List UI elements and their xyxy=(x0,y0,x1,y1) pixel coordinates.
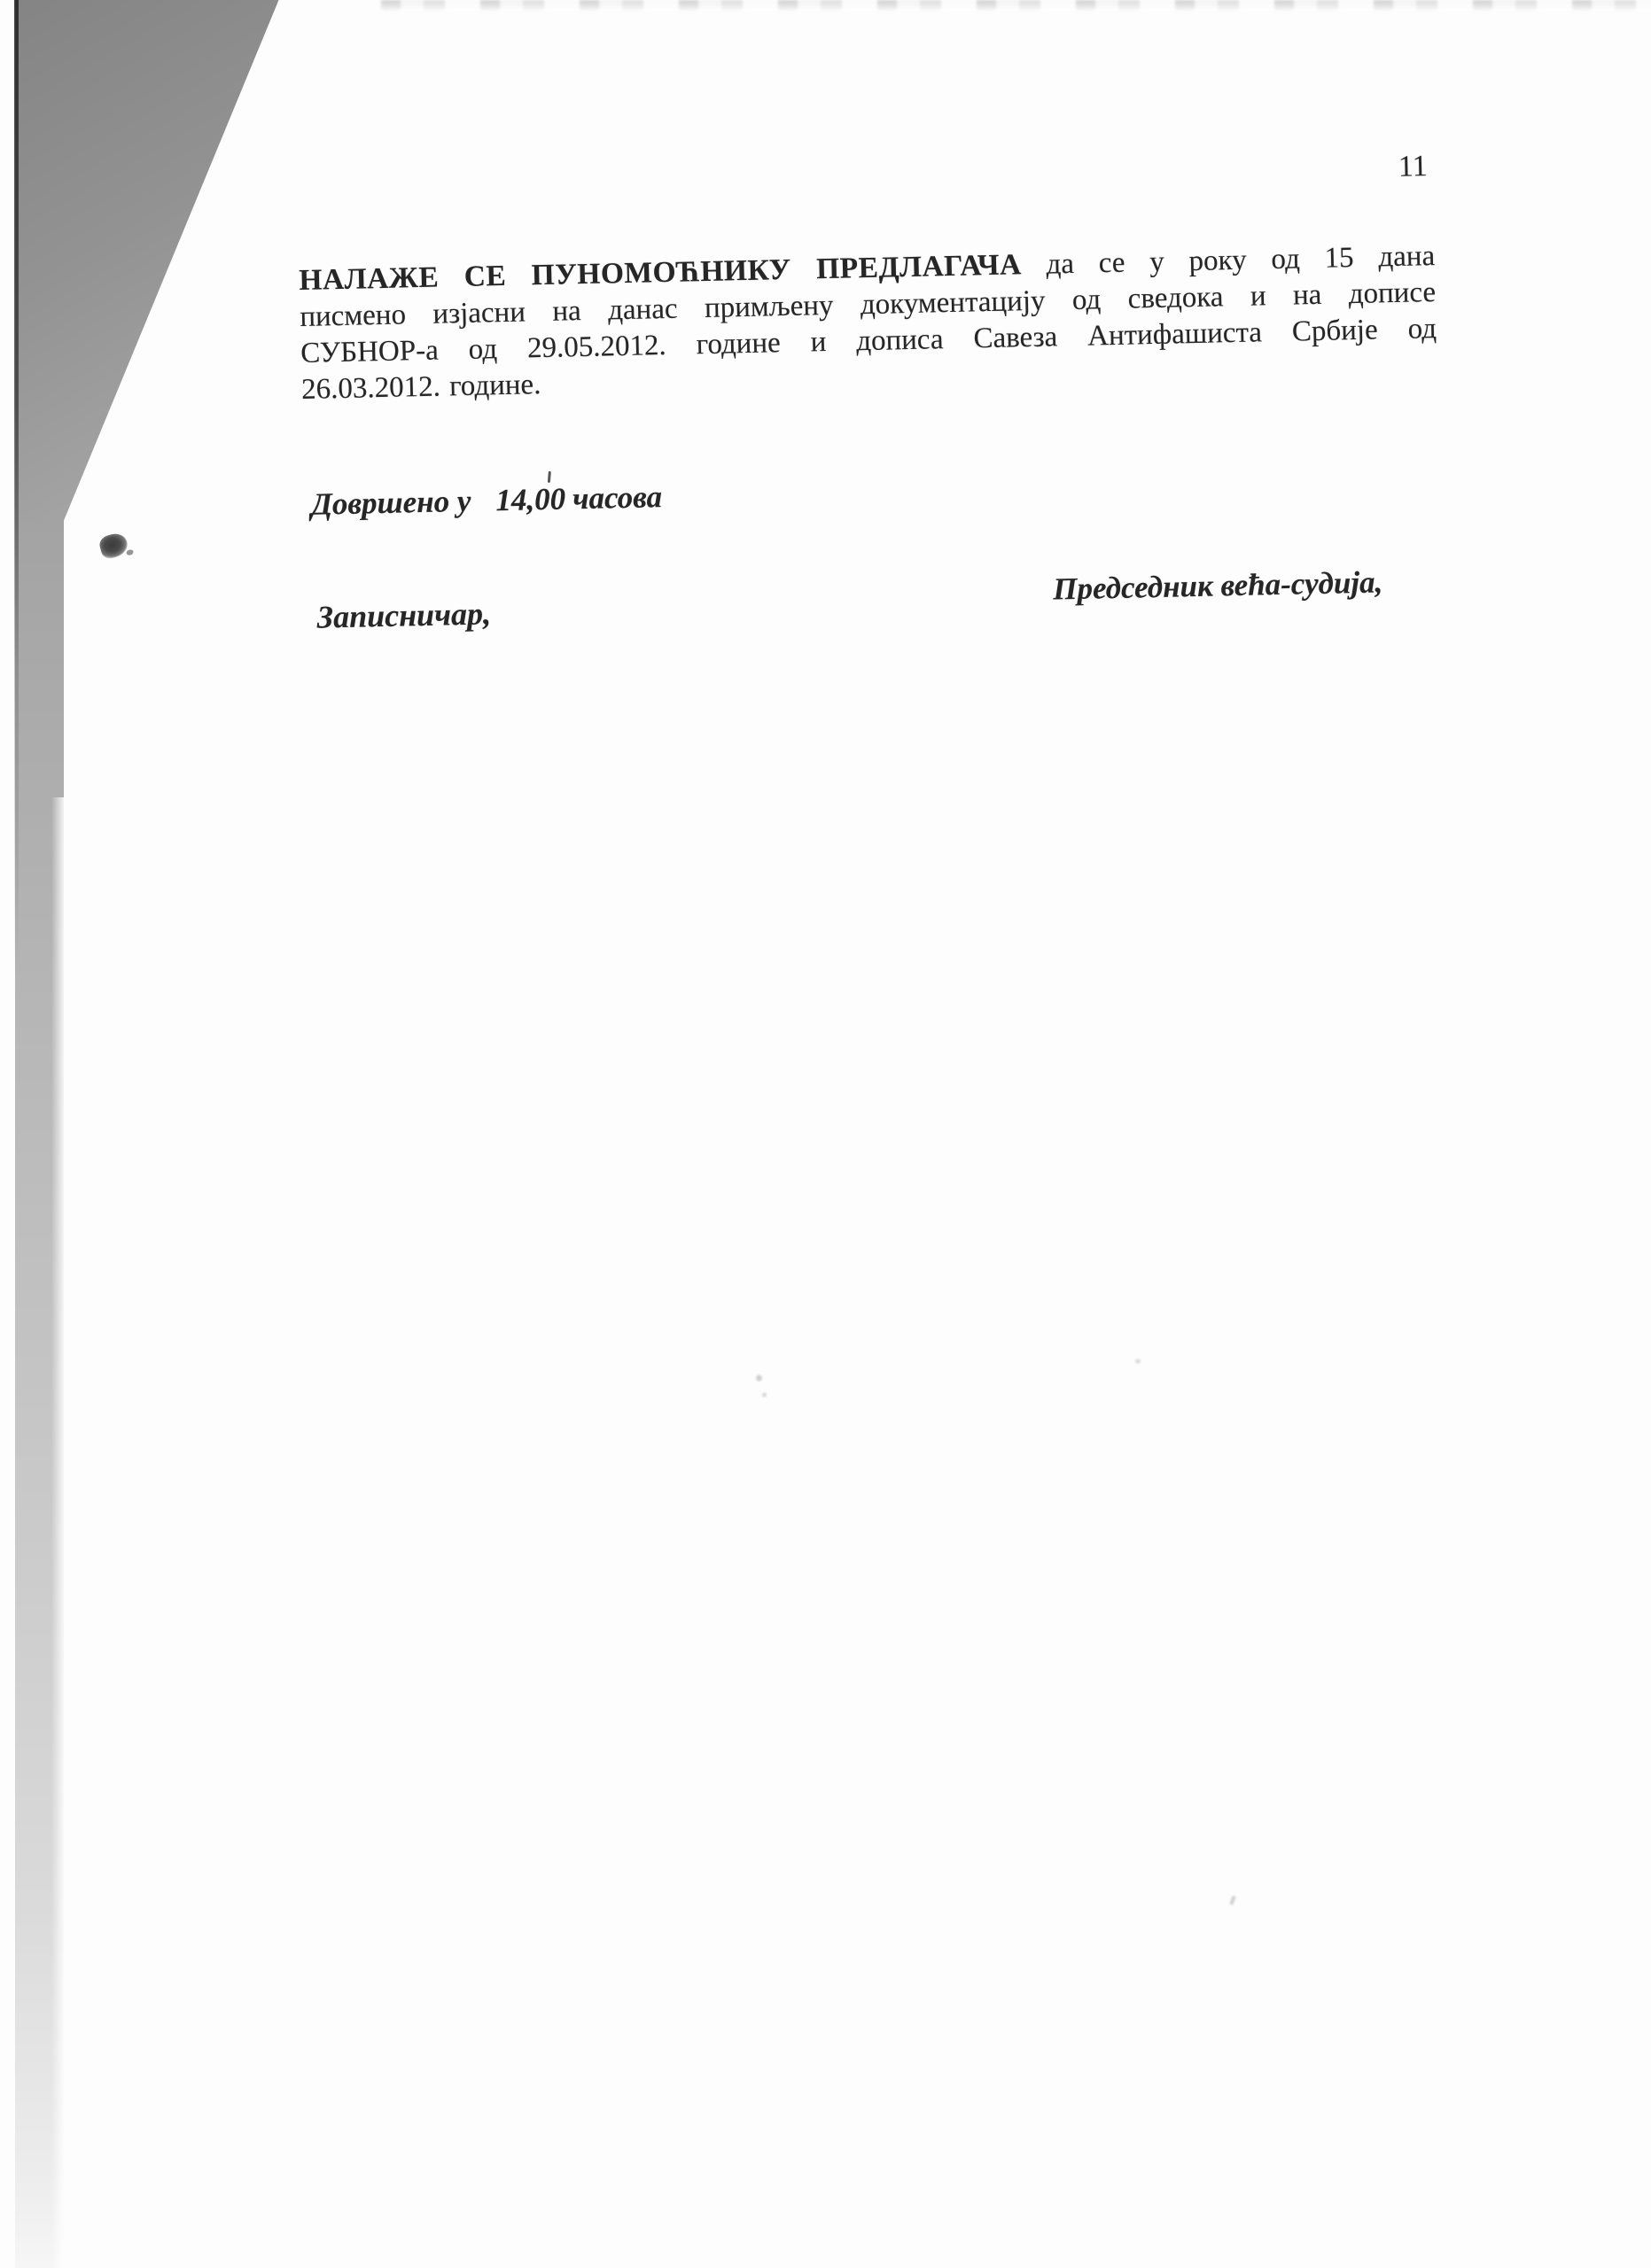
completion-time: 14,00 xyxy=(495,481,566,517)
scan-speck xyxy=(762,1393,767,1397)
judge-signature-label: Председник већа-судија, xyxy=(1053,564,1383,607)
ink-speck xyxy=(97,531,130,560)
scanned-document-page: 11 НАЛАЖЕ СЕ ПУНОМОЋНИКУ ПРЕДЛАГАЧА да с… xyxy=(0,0,1651,2268)
completion-unit: часова xyxy=(572,479,663,516)
order-paragraph: НАЛАЖЕ СЕ ПУНОМОЋНИКУ ПРЕДЛАГАЧА да се у… xyxy=(299,237,1437,408)
completion-line: Довршено у14,00часова xyxy=(310,478,662,524)
page-number: 11 xyxy=(1398,150,1429,184)
scan-speck xyxy=(756,1375,762,1381)
scan-speck xyxy=(1229,1896,1235,1906)
clerk-signature-label: Записничар, xyxy=(316,594,491,635)
document-content: 11 НАЛАЖЕ СЕ ПУНОМОЋНИКУ ПРЕДЛАГАЧА да с… xyxy=(299,237,1437,408)
scan-shadow-edge-line xyxy=(14,0,19,975)
scan-noise-strip xyxy=(381,0,1651,12)
scan-speck xyxy=(1135,1359,1141,1363)
completion-label: Довршено у xyxy=(311,484,471,522)
scan-shadow-wedge xyxy=(15,0,281,523)
order-line1-rest: да се у року од 15 дана xyxy=(1046,240,1435,281)
